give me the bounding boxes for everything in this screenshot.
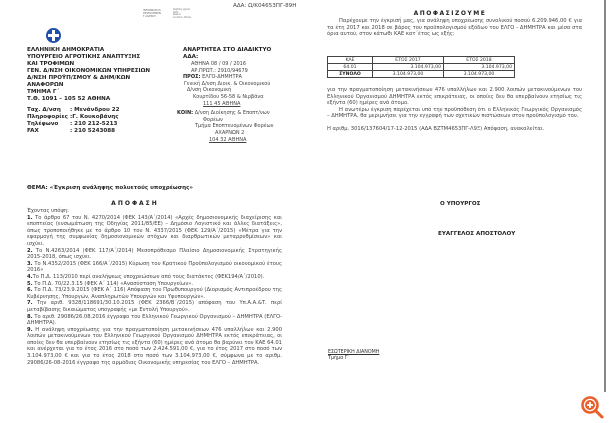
issuer-line: ΑΝΑΦΟΡΩΝ <box>27 82 167 89</box>
to-address-line: Κουρτίδου 56-58 & Νιρβάνα <box>183 94 313 101</box>
item-text: Η ανάληψη υποχρέωσης για την πραγματοποί… <box>27 327 282 366</box>
cc-address-line: ΑΧΑΡΝΩΝ 2 <box>183 130 313 137</box>
budget-table: ΚΑΕ ΕΤΟΣ 2017 ΕΤΟΣ 2018 64.01 3.104.973,… <box>327 56 515 78</box>
to-label: ΠΡΟΣ: <box>183 74 201 80</box>
decision-item: 2. Το Ν.4263/2014 (ΦΕΚ 117/Α΄/2014) Μεσο… <box>27 248 282 261</box>
table-total-2017: 3.104.973,00 <box>373 71 444 78</box>
contact-value: :Γ. Κουκοβάνης <box>70 114 119 120</box>
ada-label: ΑΔΑ: <box>183 54 313 61</box>
issuer-line: ΓΕΝ. Δ/ΝΣΗ ΟΙΚΟΝΟΜΙΚΩΝ ΥΠΗΡΕΣΙΩΝ <box>27 68 167 75</box>
table-cell-2018: 3.104.973,00 <box>444 64 515 71</box>
table-header-2017: ΕΤΟΣ 2017 <box>373 57 444 64</box>
table-total-row: ΣΥΝΟΛΟ 3.104.973,00 3.104.973,00 <box>328 71 515 78</box>
table-header-kae: ΚΑΕ <box>328 57 373 64</box>
contact-label: Τηλέφωνο <box>27 121 70 128</box>
table-cell-kae: 64.01 <box>328 64 373 71</box>
table-total-label: ΣΥΝΟΛΟ <box>328 71 373 78</box>
table-cell-2017: 3.104.973,00 <box>373 64 444 71</box>
stamp-detail-line: Location: Athens <box>173 17 203 20</box>
zoom-in-icon <box>580 395 606 421</box>
issuer-block: ΕΛΛΗΝΙΚΗ ΔΗΜΟΚΡΑΤΙΑ ΥΠΟΥΡΓΕΙΟ ΑΓΡΟΤΙΚΗΣ … <box>27 47 167 103</box>
issuer-line: ΥΠΟΥΡΓΕΙΟ ΑΓΡΟΤΙΚΗΣ ΑΝΑΠΤΥΞΗΣ <box>27 54 167 61</box>
item-text: Το Π.Δ. 70/22.3.15 (ΦΕΚ Α΄ 114) «Ανασύστ… <box>33 281 193 287</box>
contact-value: : 210 5243088 <box>70 128 115 134</box>
resolution-purpose: για την πραγματοποίηση μετακινήσεων 476 … <box>327 87 582 107</box>
document-date: ΑΘΗΝΑ 08 / 09 / 2016 <box>183 61 313 68</box>
table-total-2018: 3.104.973,00 <box>444 71 515 78</box>
cc-address-line: Δ/νση Διοίκησης & Εποπτ/νων <box>195 110 270 116</box>
resolution-condition: Η ανωτέρω έγκριση παρέχεται υπό την προϋ… <box>327 107 582 120</box>
publish-note: ΑΝΑΡΤΗΤΕΑ ΣΤΟ ΔΙΑΔΙΚΤΥΟ <box>183 47 313 54</box>
item-text: Το Π.Δ. 113/2010 περί αναλήψεως υποχρεώσ… <box>33 274 265 280</box>
issuer-line: ΤΜΗΜΑ Γ΄ <box>27 89 167 96</box>
greek-emblem-icon <box>46 28 61 43</box>
contact-label: Πληροφορίες <box>27 114 70 121</box>
to-line: ΠΡΟΣ: ΕΛΓΟ-ΔΗΜΗΤΡΑ <box>183 74 313 81</box>
table-row: 64.01 3.104.973,00 3.104.973,00 <box>328 64 515 71</box>
decision-item: 8. Το αριθ. 29086/26.08.2016 έγγραφο του… <box>27 314 282 327</box>
to-name: ΕΛΓΟ-ΔΗΜΗΤΡΑ <box>202 74 242 80</box>
item-text: Το άρθρο 67 του Ν. 4270/2014 (ΦΕΚ 143/Α΄… <box>27 215 282 247</box>
contact-value: : Μενάνδρου 22 <box>70 107 120 113</box>
issuer-line: Δ/ΝΣΗ ΠΡΟΫΠ/ΣΜΟΥ & ΔΗΜ/ΚΩΝ <box>27 75 167 82</box>
cc-label: ΚΟΙΝ: <box>177 110 193 116</box>
ada-code: ΑΔΑ: Ω/Κ04653ΠΓ-89Η <box>233 3 296 9</box>
table-header-2018: ΕΤΟΣ 2018 <box>444 57 515 64</box>
decision-body: Έχοντας υπόψη: 1. Το άρθρο 67 του Ν. 427… <box>27 208 282 366</box>
stamp-detail: Digitally signed Date Reason Location: A… <box>173 9 203 19</box>
issuer-line: Τ.Θ. 1091 – 105 52 ΑΘΗΝΑ <box>27 96 167 103</box>
contact-label: Ταχ. Δ/νση <box>27 107 70 114</box>
decision-item: 1. Το άρθρο 67 του Ν. 4270/2014 (ΦΕΚ 143… <box>27 215 282 248</box>
to-postcode: 111 45 ΑΘΗΝΑ <box>183 101 313 108</box>
contact-row: FAX: 210 5243088 <box>27 128 167 135</box>
cc-address-line: Τμήμα Εποπτευομένων Φορέων <box>183 123 313 130</box>
recipient-block: ΑΝΑΡΤΗΤΕΑ ΣΤΟ ΔΙΑΔΙΚΤΥΟ ΑΔΑ: ΑΘΗΝΑ 08 / … <box>183 47 313 143</box>
resolution-title: ΑΠΟΦΑΣΙΖΟΥΜΕ <box>395 10 505 17</box>
internal-distribution: ΕΣΩΤΕΡΙΚΗ ΔΙΑΝΟΜΗ Τμήμα Γ΄ <box>328 350 379 362</box>
contact-row: Ταχ. Δ/νση: Μενάνδρου 22 <box>27 107 167 114</box>
resolution-intro-text: Παρέχουμε την έγκρισή μας, για ανάληψη υ… <box>327 18 582 38</box>
distribution-line: Τμήμα Γ΄ <box>328 356 379 362</box>
contact-value: : 210 212-5213 <box>70 121 117 127</box>
signatory-role: Ο ΥΠΟΥΡΓΟΣ <box>440 201 480 207</box>
table-header-row: ΚΑΕ ΕΤΟΣ 2017 ΕΤΟΣ 2018 <box>328 57 515 64</box>
decision-item: 9. Η ανάληψη υποχρέωσης για την πραγματο… <box>27 327 282 367</box>
item-text: Το αριθ. 29086/26.08.2016 έγγραφο του Ελ… <box>27 314 282 327</box>
page-edge-divider <box>604 0 606 392</box>
item-text: Την αριθ. 9328/118691/30.10.2015 (ΦΕΚ 23… <box>27 300 282 313</box>
item-text: Το Π.Δ. 73/23.9.2015 (ΦΕΚ Α΄ 116) Απόφασ… <box>27 287 282 300</box>
resolution-revocation: Η αριθμ. 3016/137604/17-12-2015 (ΑΔΑ ΒΖΤ… <box>327 126 582 133</box>
decision-preamble: Έχοντας υπόψη: <box>27 208 282 215</box>
contact-row: Τηλέφωνο: 210 212-5213 <box>27 121 167 128</box>
decision-item: 7. Την αριθ. 9328/118691/30.10.2015 (ΦΕΚ… <box>27 300 282 313</box>
resolution-intro: Παρέχουμε την έγκρισή μας, για ανάληψη υ… <box>327 18 582 38</box>
decision-item: 4.Το Π.Δ. 113/2010 περί αναλήψεως υποχρε… <box>27 274 282 281</box>
protocol-number: ΑΡ.ΠΡΩΤ.: 2910/94679 <box>183 68 313 75</box>
decision-title: ΑΠΟΦΑΣΗ <box>90 200 180 207</box>
cc-postcode: 104 32 ΑΘΗΝΑ <box>183 137 313 144</box>
item-text: Το Ν.4263/2014 (ΦΕΚ 117/Α΄/2014) Μεσοπρό… <box>27 248 282 261</box>
to-address-line: Δ/νση Οικονομική <box>183 87 313 94</box>
signatory-name: ΕΥΑΓΓΕΛΟΣ ΑΠΟΣΤΟΛΟΥ <box>438 231 515 237</box>
issuer-line: ΕΛΛΗΝΙΚΗ ΔΗΜΟΚΡΑΤΙΑ <box>27 47 167 54</box>
decision-item: 6. Το Π.Δ. 73/23.9.2015 (ΦΕΚ Α΄ 116) Από… <box>27 287 282 300</box>
resolution-body: για την πραγματοποίηση μετακινήσεων 476 … <box>327 87 582 133</box>
contact-label: FAX <box>27 128 70 135</box>
contact-row: Πληροφορίες:Γ. Κουκοβάνης <box>27 114 167 121</box>
issuer-line: ΚΑΙ ΤΡΟΦΙΜΩΝ <box>27 61 167 68</box>
item-text: Το Ν.4352/2015 (ΦΕΚ 166/Α΄/2015) Κύρωση … <box>27 261 282 274</box>
subject-line: ΘΕΜΑ: «Έγκριση ανάληψης πολυετούς υποχρέ… <box>27 185 193 191</box>
cc-line: ΚΟΙΝ: Δ/νση Διοίκησης & Εποπτ/νων <box>177 110 313 117</box>
zoom-in-button[interactable] <box>580 395 606 421</box>
issuer-contact: Ταχ. Δ/νση: Μενάνδρου 22 Πληροφορίες:Γ. … <box>27 107 167 135</box>
decision-item: 3. Το Ν.4352/2015 (ΦΕΚ 166/Α΄/2015) Κύρω… <box>27 261 282 274</box>
